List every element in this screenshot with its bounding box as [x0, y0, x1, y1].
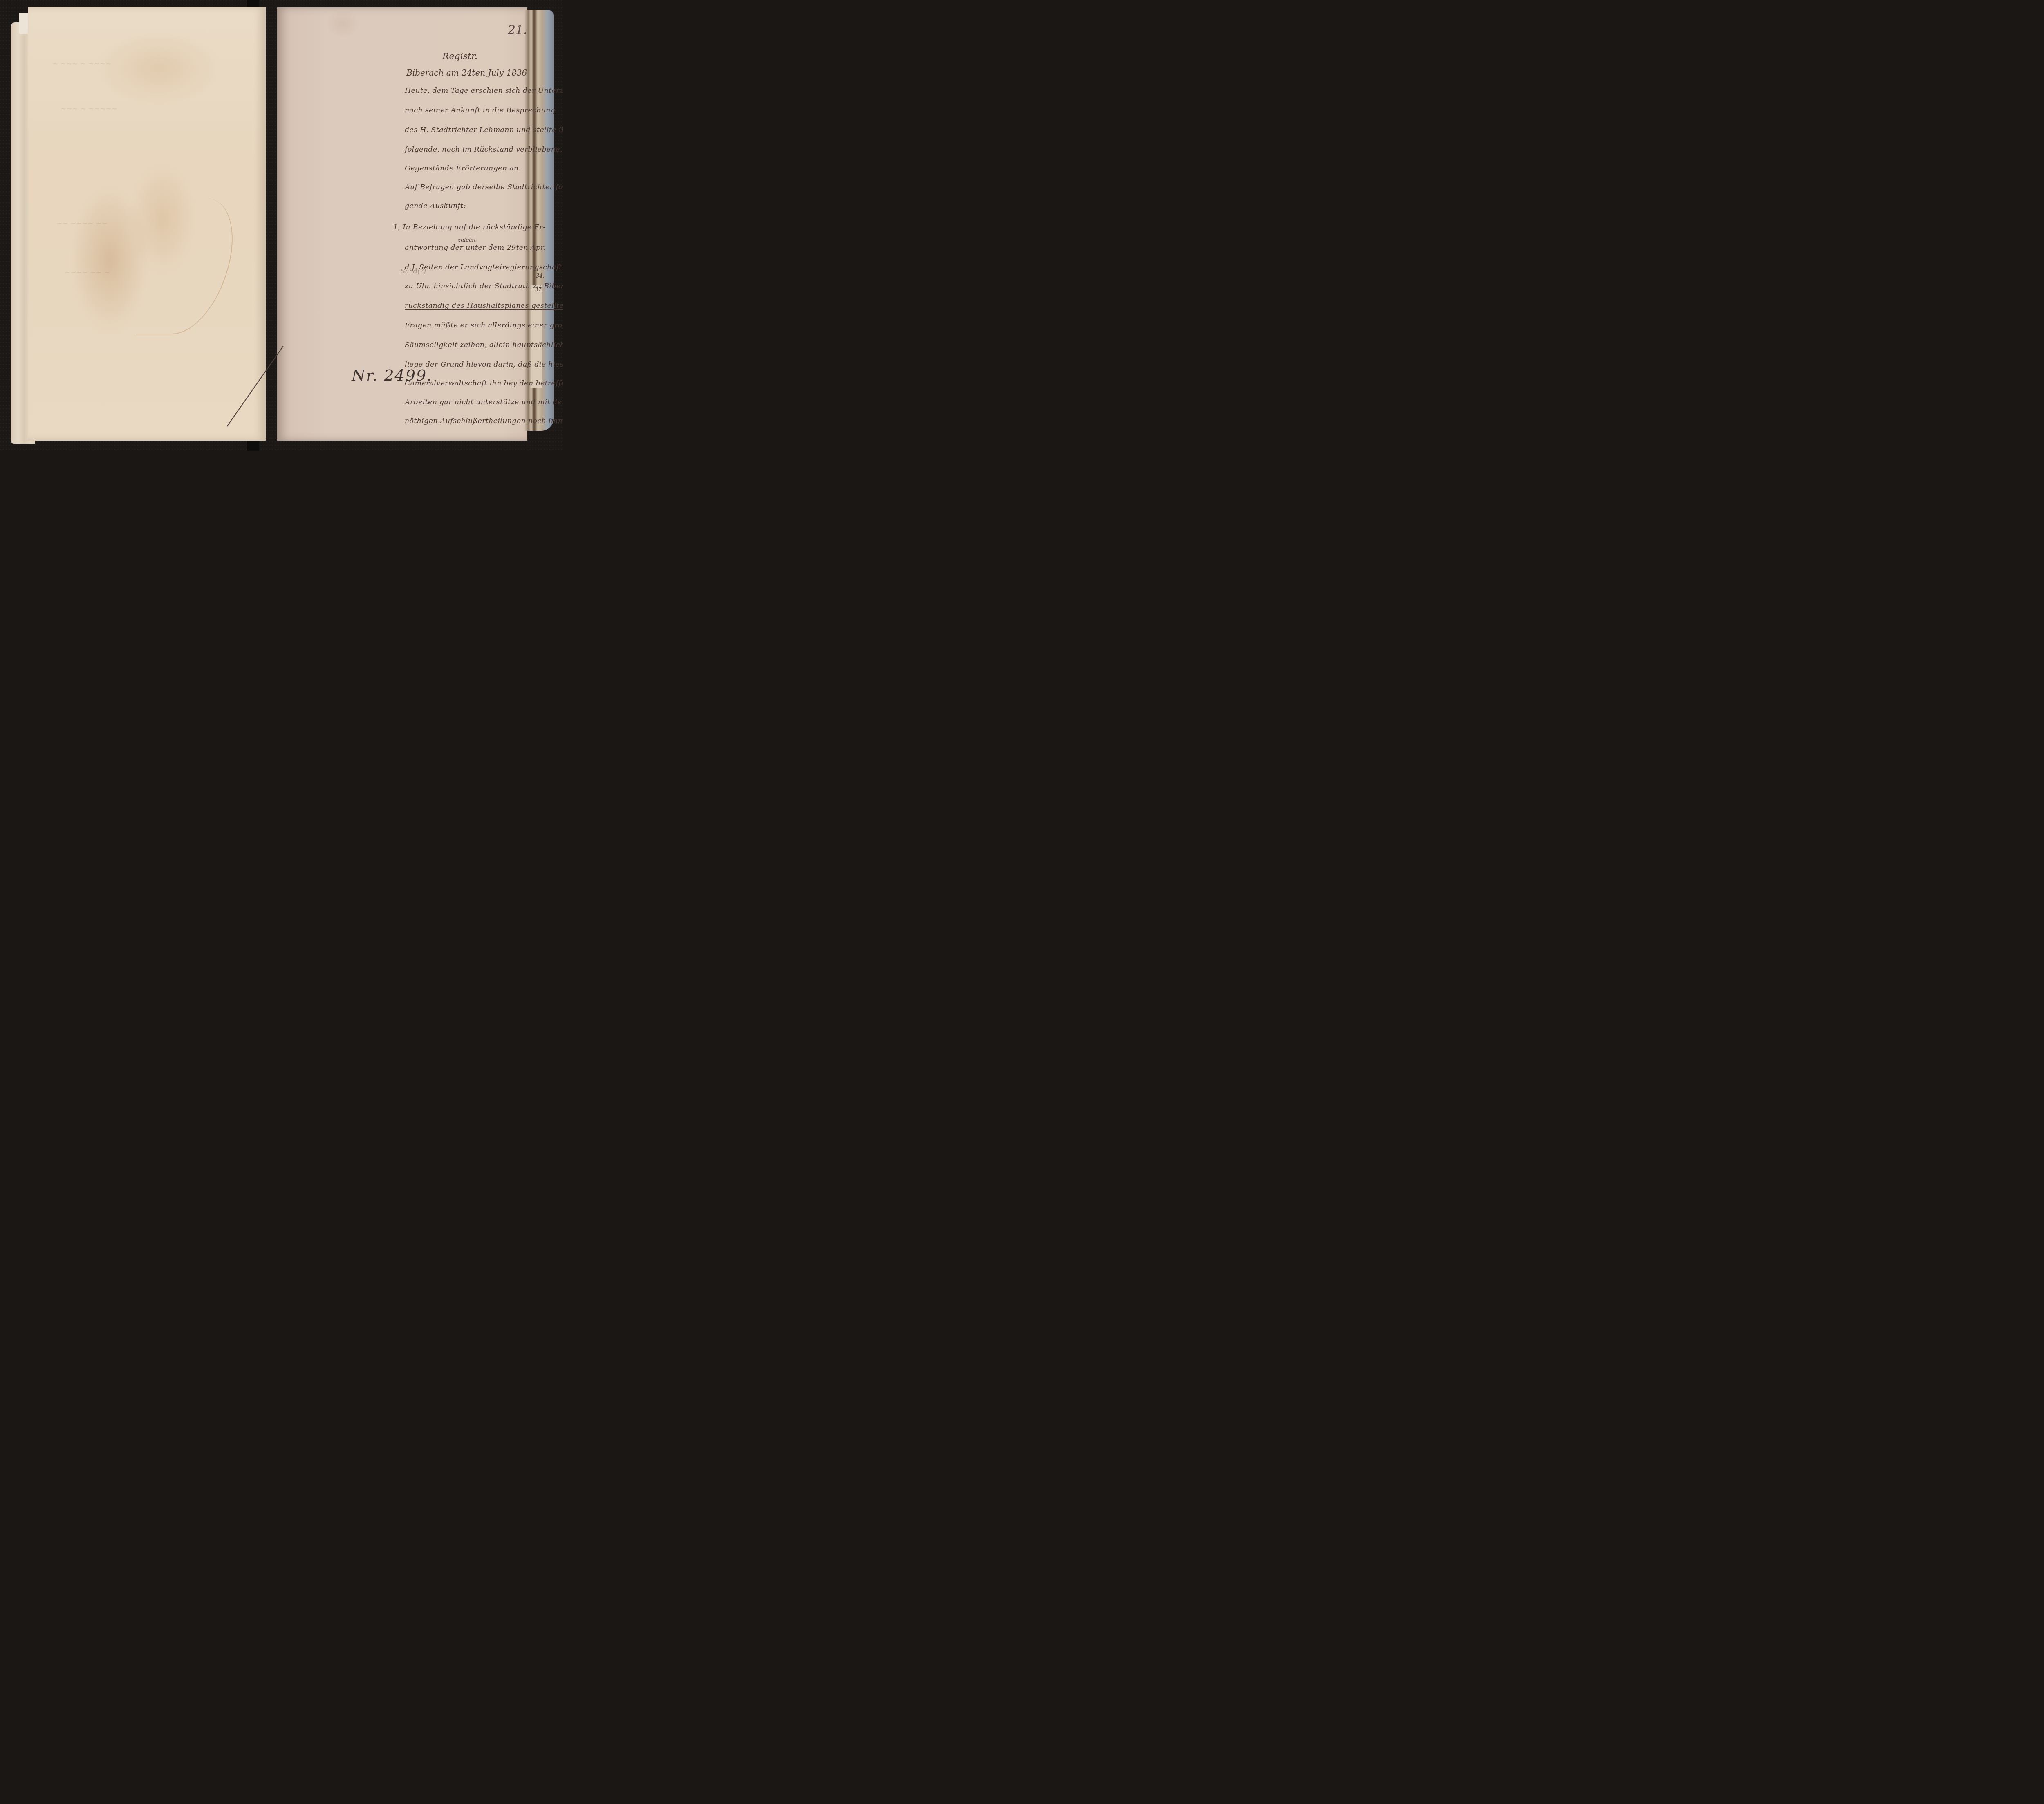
manuscript-line: zu Ulm hinsichtlich der Stadtrath zu Bib…: [405, 282, 563, 290]
manuscript-line: Arbeiten gar nicht unterstütze und mit d…: [405, 398, 563, 406]
dateline: Biberach am 24ten July 1836: [406, 68, 527, 78]
archive-number: Nr. 2499.: [352, 366, 433, 384]
manuscript-line: antwortung der unter dem 29ten Apr.: [405, 244, 546, 252]
edge-page-number: 34.: [536, 273, 545, 279]
pencil-annotation: Sand(?): [401, 267, 426, 275]
bleed-through-text: ~~~~ ~~ ~: [65, 268, 110, 276]
manuscript-line: Gegenstände Erörterungen an.: [405, 164, 521, 173]
water-stain: [136, 199, 244, 334]
inserted-slip: [531, 285, 542, 388]
manuscript-line: folgende, noch im Rückstand verbliebene,: [405, 146, 563, 154]
left-page-verso: ~ ~~~ ~ ~~~~ ~~~ ~ ~~~~~ ~~ ~~~~ ~~ ~~~~…: [28, 7, 266, 441]
manuscript-line: Heute, dem Tage erschien sich der Unterz…: [405, 87, 563, 95]
manuscript-line: nöthigen Aufschlußertheilungen noch imme…: [405, 417, 563, 425]
bleed-through-text: ~ ~~~ ~ ~~~~: [52, 60, 111, 68]
manuscript-line: Auf Befragen gab derselbe Stadtrichter f…: [405, 183, 563, 191]
manuscript-line: Säumseligkeit zeihen, allein hauptsächli…: [405, 341, 563, 349]
manuscript-line: 1, In Beziehung auf die rückständige Er-: [393, 223, 545, 231]
manuscript-line-underlined: rückständig des Haushaltsplanes gestellt…: [405, 302, 563, 310]
interlinear-insertion: zuletzt: [458, 237, 476, 243]
document-heading: Registr.: [442, 52, 477, 62]
manuscript-line: Fragen müßte er sich allerdings einer gr…: [405, 321, 563, 329]
folio-number: 21.: [508, 23, 527, 37]
bleed-through-text: ~~~ ~ ~~~~~: [61, 105, 117, 113]
manuscript-line: des H. Stadtrichter Lehmann und stellte …: [405, 126, 563, 134]
bleed-through-text: ~~ ~~~~ ~~: [56, 219, 108, 227]
manuscript-line: d.J. Seiten der Landvogteiregierungschaf…: [405, 263, 562, 271]
manuscript-line: gende Auskunft:: [405, 202, 466, 210]
manuscript-line: nach seiner Ankunft in die Besprechung: [405, 106, 555, 114]
